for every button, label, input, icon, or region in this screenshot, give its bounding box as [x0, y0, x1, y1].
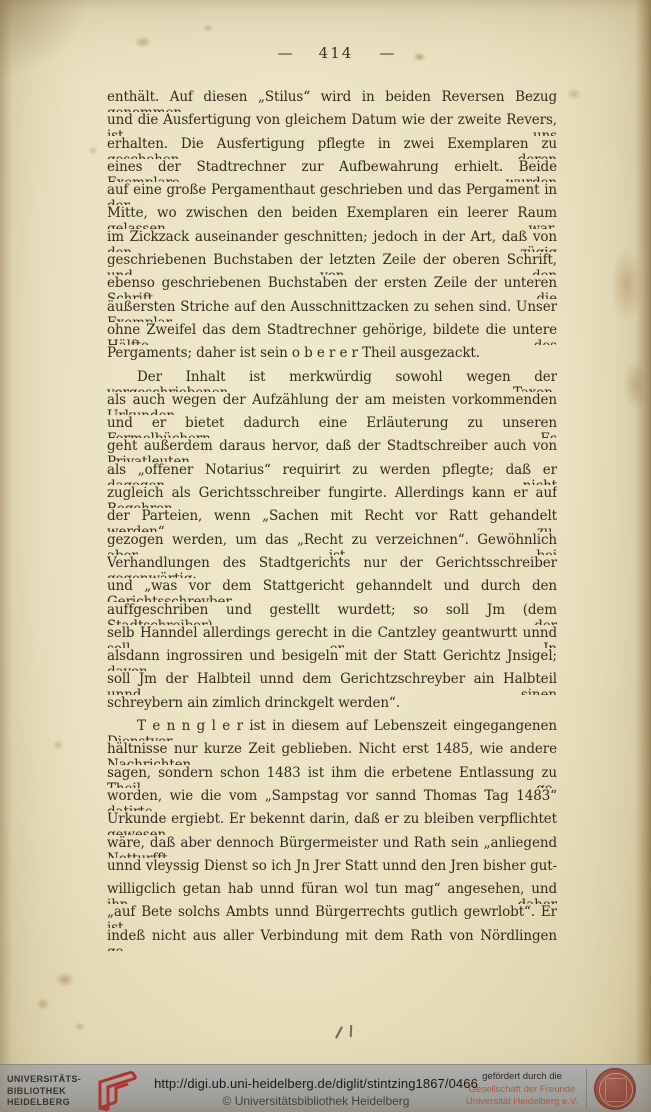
- page-number: 414: [319, 44, 354, 62]
- seal-emblem: [605, 1078, 627, 1102]
- paper-stain: [88, 146, 98, 155]
- paper-corner-shadow: [0, 0, 90, 80]
- text-line: enthält. Auf diesen „Stilus“ wird in bei…: [107, 89, 557, 112]
- header-dash-left: —: [278, 44, 293, 62]
- paper-stain: [74, 1022, 85, 1031]
- header-dash-right: —: [379, 44, 394, 62]
- text-line: und die Ausfertigung von gleichem Datum …: [107, 112, 557, 135]
- library-name-line: BIBLIOTHEK: [7, 1086, 81, 1098]
- text-line: Pergaments; daher ist sein o b e r e r T…: [107, 345, 557, 368]
- text-line: geht außerdem daraus hervor, daß der Sta…: [107, 438, 557, 461]
- paper-stain: [52, 740, 64, 750]
- pen-mark: [350, 1025, 353, 1037]
- scanned-book-page: — 414 — enthält. Auf diesen „Stilus“ wir…: [0, 0, 651, 1112]
- text-line: auf eine große Pergamenthaut geschrieben…: [107, 182, 557, 205]
- text-line: sagen, sondern schon 1483 ist ihm die er…: [107, 765, 557, 788]
- text-line: geschriebenen Buchstaben der letzten Zei…: [107, 252, 557, 275]
- text-line: wäre, daß aber dennoch Bürgermeister und…: [107, 835, 557, 858]
- text-line: Urkunde ergiebt. Er bekennt darin, daß e…: [107, 811, 557, 834]
- text-line: der Parteien, wenn „Sachen mit Recht vor…: [107, 508, 557, 531]
- university-library-logo-icon: [88, 1068, 140, 1112]
- funding-line: Universität Heidelberg e.V.: [462, 1096, 582, 1109]
- text-line: gezogen werden, um das „Recht zu verzeic…: [107, 532, 557, 555]
- paper-stain: [36, 998, 50, 1010]
- library-name-line: HEIDELBERG: [7, 1097, 81, 1109]
- text-line: Der Inhalt ist merkwürdig sowohl wegen d…: [107, 369, 557, 392]
- text-line: „auf Bete solchs Ambts unnd Bürgerrechts…: [107, 904, 557, 927]
- text-line: auffgeschriben und gestellt wurdett; so …: [107, 602, 557, 625]
- text-line: und „was vor dem Stattgericht gehanndelt…: [107, 578, 557, 601]
- footer-divider: [586, 1069, 587, 1109]
- text-line: ebenso geschriebenen Buchstaben der erst…: [107, 275, 557, 298]
- text-line: als „offener Notarius“ requirirt zu werd…: [107, 462, 557, 485]
- text-line: T e n n g l e r ist in diesem auf Lebens…: [107, 718, 557, 741]
- text-line: soll Jm der Halbteil unnd dem Gerichtzsc…: [107, 671, 557, 694]
- document-url-block: http://digi.ub.uni-heidelberg.de/diglit/…: [146, 1076, 486, 1108]
- text-line: erhalten. Die Ausfertigung pflegte in zw…: [107, 136, 557, 159]
- text-line: ohne Zweifel das dem Stadtrechner gehöri…: [107, 322, 557, 345]
- university-seal-icon: [594, 1068, 636, 1110]
- funding-line: gefördert durch die: [462, 1071, 582, 1084]
- page-text: enthält. Auf diesen „Stilus“ wird in bei…: [107, 89, 557, 951]
- text-line: eines der Stadtrechner zur Aufbewahrung …: [107, 159, 557, 182]
- paper-stain: [203, 24, 213, 32]
- text-line: schreybern ain zimlich drinckgelt werden…: [107, 695, 557, 718]
- text-line: zugleich als Gerichtsschreiber fungirte.…: [107, 485, 557, 508]
- funding-line: Gesellschaft der Freunde: [462, 1084, 582, 1097]
- document-url: http://digi.ub.uni-heidelberg.de/diglit/…: [146, 1076, 486, 1091]
- library-name-line: UNIVERSITÄTS-: [7, 1074, 81, 1086]
- text-line: und er bietet dadurch eine Erläuterung z…: [107, 415, 557, 438]
- text-line: indeß nicht aus aller Verbindung mit dem…: [107, 928, 557, 951]
- text-line: äußersten Striche auf den Ausschnittzack…: [107, 299, 557, 322]
- funding-credit: gefördert durch die Gesellschaft der Fre…: [462, 1071, 582, 1109]
- page-number-header: — 414 —: [106, 44, 566, 62]
- paper-edge-left: [0, 0, 12, 1064]
- text-line: Mitte, wo zwischen den beiden Exemplaren…: [107, 205, 557, 228]
- text-line: als auch wegen der Aufzählung der am mei…: [107, 392, 557, 415]
- paper-stain: [566, 88, 582, 100]
- text-line: im Zickzack auseinander geschnitten; jed…: [107, 229, 557, 252]
- text-line: unnd vleyssig Dienst so ich Jn Jrer Stat…: [107, 858, 557, 881]
- text-line: alsdann ingrossiren und besigeln mit der…: [107, 648, 557, 671]
- pen-mark: [335, 1026, 343, 1038]
- library-name: UNIVERSITÄTS- BIBLIOTHEK HEIDELBERG: [7, 1074, 81, 1109]
- paper-stain: [55, 972, 75, 987]
- library-footer-bar: UNIVERSITÄTS- BIBLIOTHEK HEIDELBERG http…: [0, 1064, 651, 1112]
- copyright-notice: © Universitätsbibliothek Heidelberg: [146, 1094, 486, 1108]
- text-line: worden, wie die vom „Sampstag vor sannd …: [107, 788, 557, 811]
- paper-edge-right: [635, 0, 651, 1064]
- text-line: willigclich getan hab unnd füran wol tun…: [107, 881, 557, 904]
- text-line: Verhandlungen des Stadtgerichts nur der …: [107, 555, 557, 578]
- text-line: selb Hanndel allerdings gerecht in die C…: [107, 625, 557, 648]
- text-line: hältnisse nur kurze Zeit geblieben. Nich…: [107, 741, 557, 764]
